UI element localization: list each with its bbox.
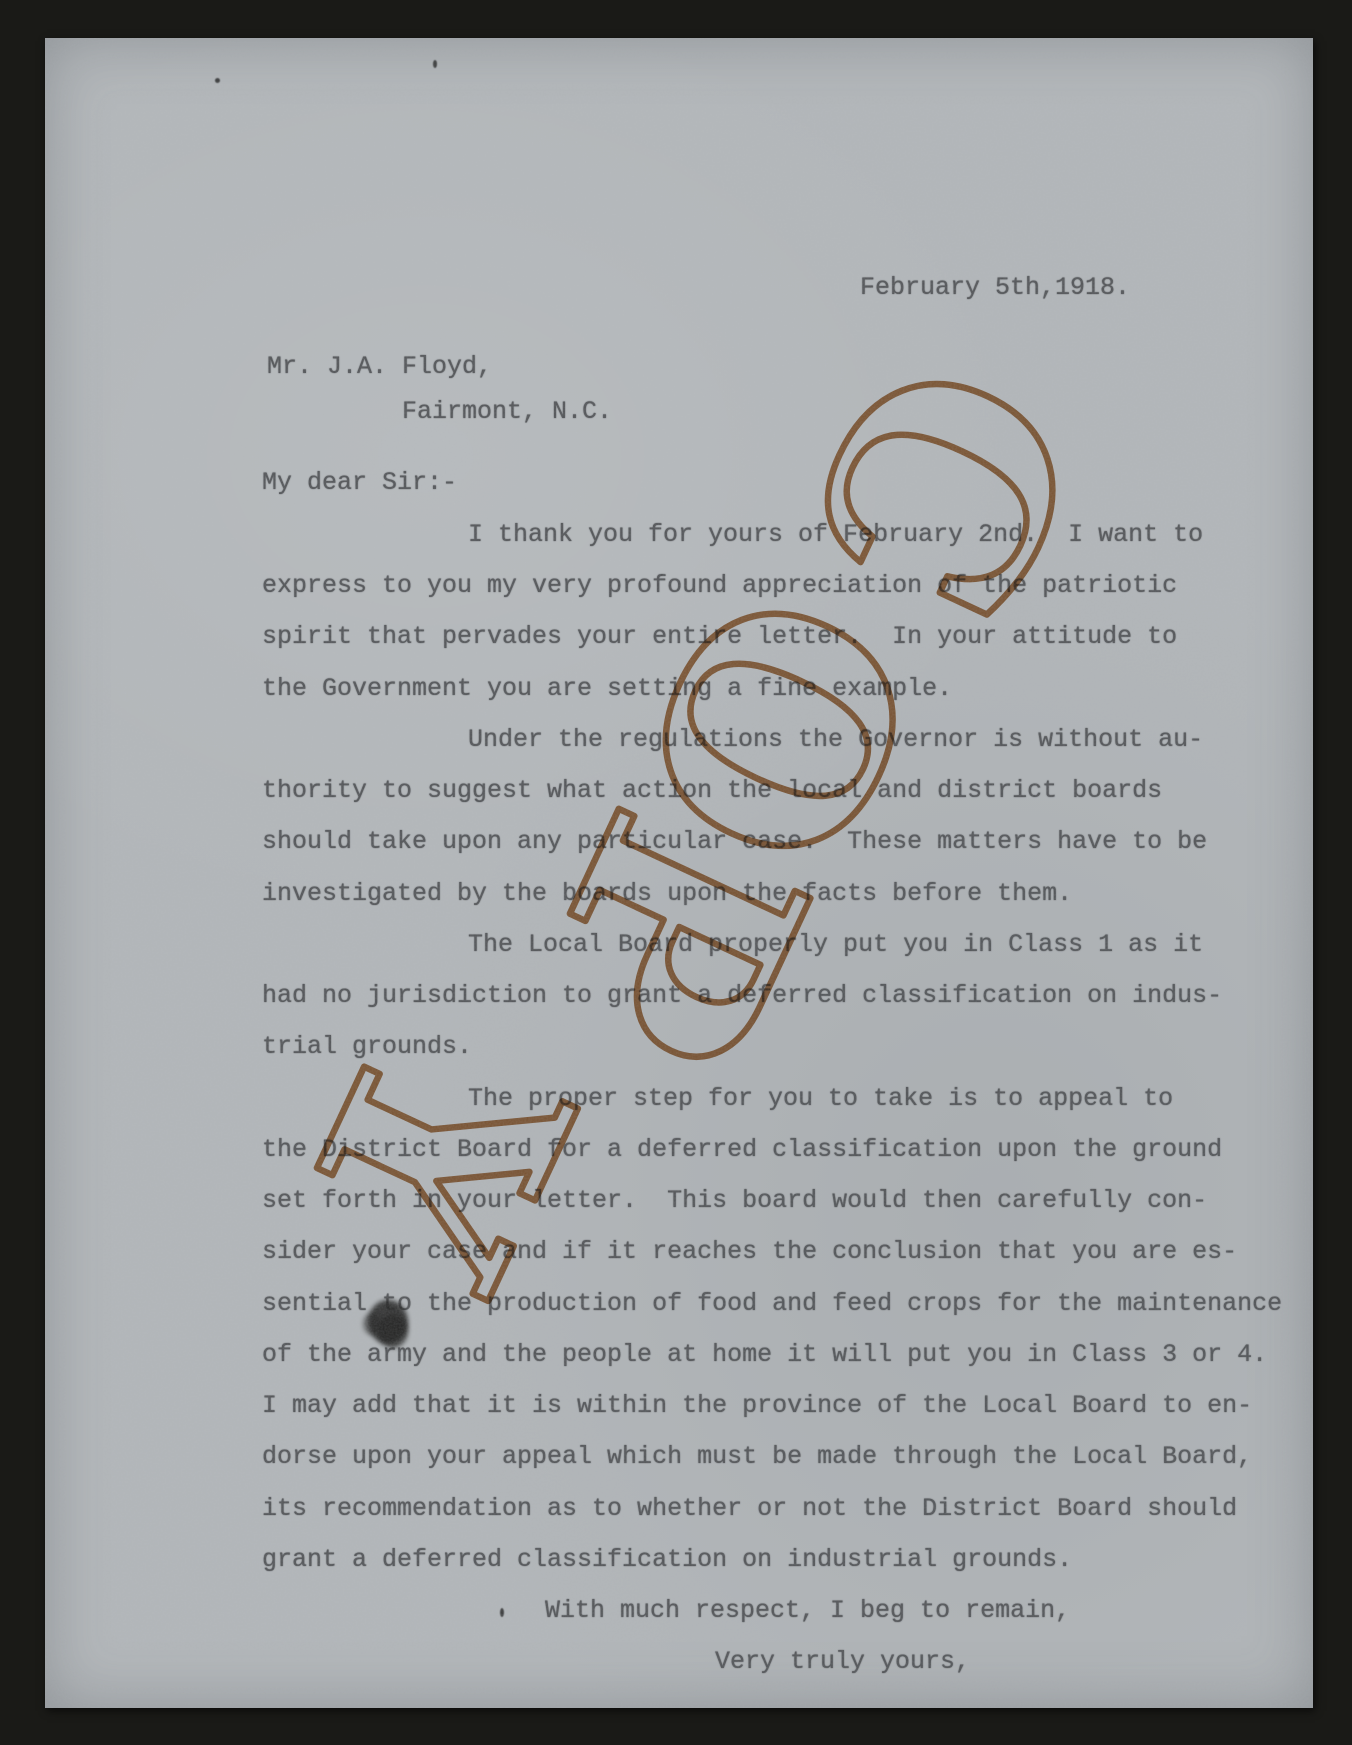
body-line: spirit that pervades your entire letter.… bbox=[262, 622, 1177, 652]
body-line: grant a deferred classification on indus… bbox=[262, 1545, 1072, 1575]
paper-speck bbox=[433, 60, 437, 68]
stamp-letter-c: C bbox=[737, 312, 1143, 665]
body-line: the District Board for a deferred classi… bbox=[262, 1135, 1222, 1165]
body-line: I may add that it is within the province… bbox=[262, 1391, 1252, 1421]
salutation: My dear Sir:- bbox=[262, 468, 457, 498]
closing-line: With much respect, I beg to remain, bbox=[545, 1596, 1070, 1626]
body-line: The proper step for you to take is to ap… bbox=[468, 1084, 1173, 1114]
body-line: Under the regulations the Governor is wi… bbox=[468, 725, 1203, 755]
body-line: thority to suggest what action the local… bbox=[262, 776, 1162, 806]
paper-speck bbox=[500, 1608, 504, 1617]
body-line: The Local Board properly put you in Clas… bbox=[468, 930, 1203, 960]
scan-background: February 5th,1918. Mr. J.A. Floyd, Fairm… bbox=[0, 0, 1352, 1745]
recipient-address: Fairmont, N.C. bbox=[402, 397, 612, 427]
paper-speck bbox=[215, 78, 220, 83]
body-line: sider your case and if it reaches the co… bbox=[262, 1237, 1237, 1267]
valediction: Very truly yours, bbox=[715, 1647, 970, 1677]
body-line: investigated by the boards upon the fact… bbox=[262, 879, 1072, 909]
body-line: dorse upon your appeal which must be mad… bbox=[262, 1442, 1252, 1472]
body-line: set forth in your letter. This board wou… bbox=[262, 1186, 1207, 1216]
body-line: express to you my very profound apprecia… bbox=[262, 571, 1177, 601]
body-line: I thank you for yours of February 2nd. I… bbox=[468, 520, 1203, 550]
body-line: of the army and the people at home it wi… bbox=[262, 1340, 1267, 1370]
letter-page: February 5th,1918. Mr. J.A. Floyd, Fairm… bbox=[45, 38, 1313, 1708]
ink-blot bbox=[378, 1314, 408, 1348]
body-line: sential to the production of food and fe… bbox=[262, 1289, 1282, 1319]
body-line: trial grounds. bbox=[262, 1032, 472, 1062]
body-line: had no jurisdiction to grant a deferred … bbox=[262, 981, 1222, 1011]
date-line: February 5th,1918. bbox=[860, 273, 1130, 303]
ink-blot bbox=[363, 1313, 381, 1335]
body-line: should take upon any particular case. Th… bbox=[262, 827, 1207, 857]
body-line: the Government you are setting a fine ex… bbox=[262, 674, 952, 704]
recipient-name: Mr. J.A. Floyd, bbox=[267, 352, 492, 382]
body-line: its recommendation as to whether or not … bbox=[262, 1494, 1237, 1524]
